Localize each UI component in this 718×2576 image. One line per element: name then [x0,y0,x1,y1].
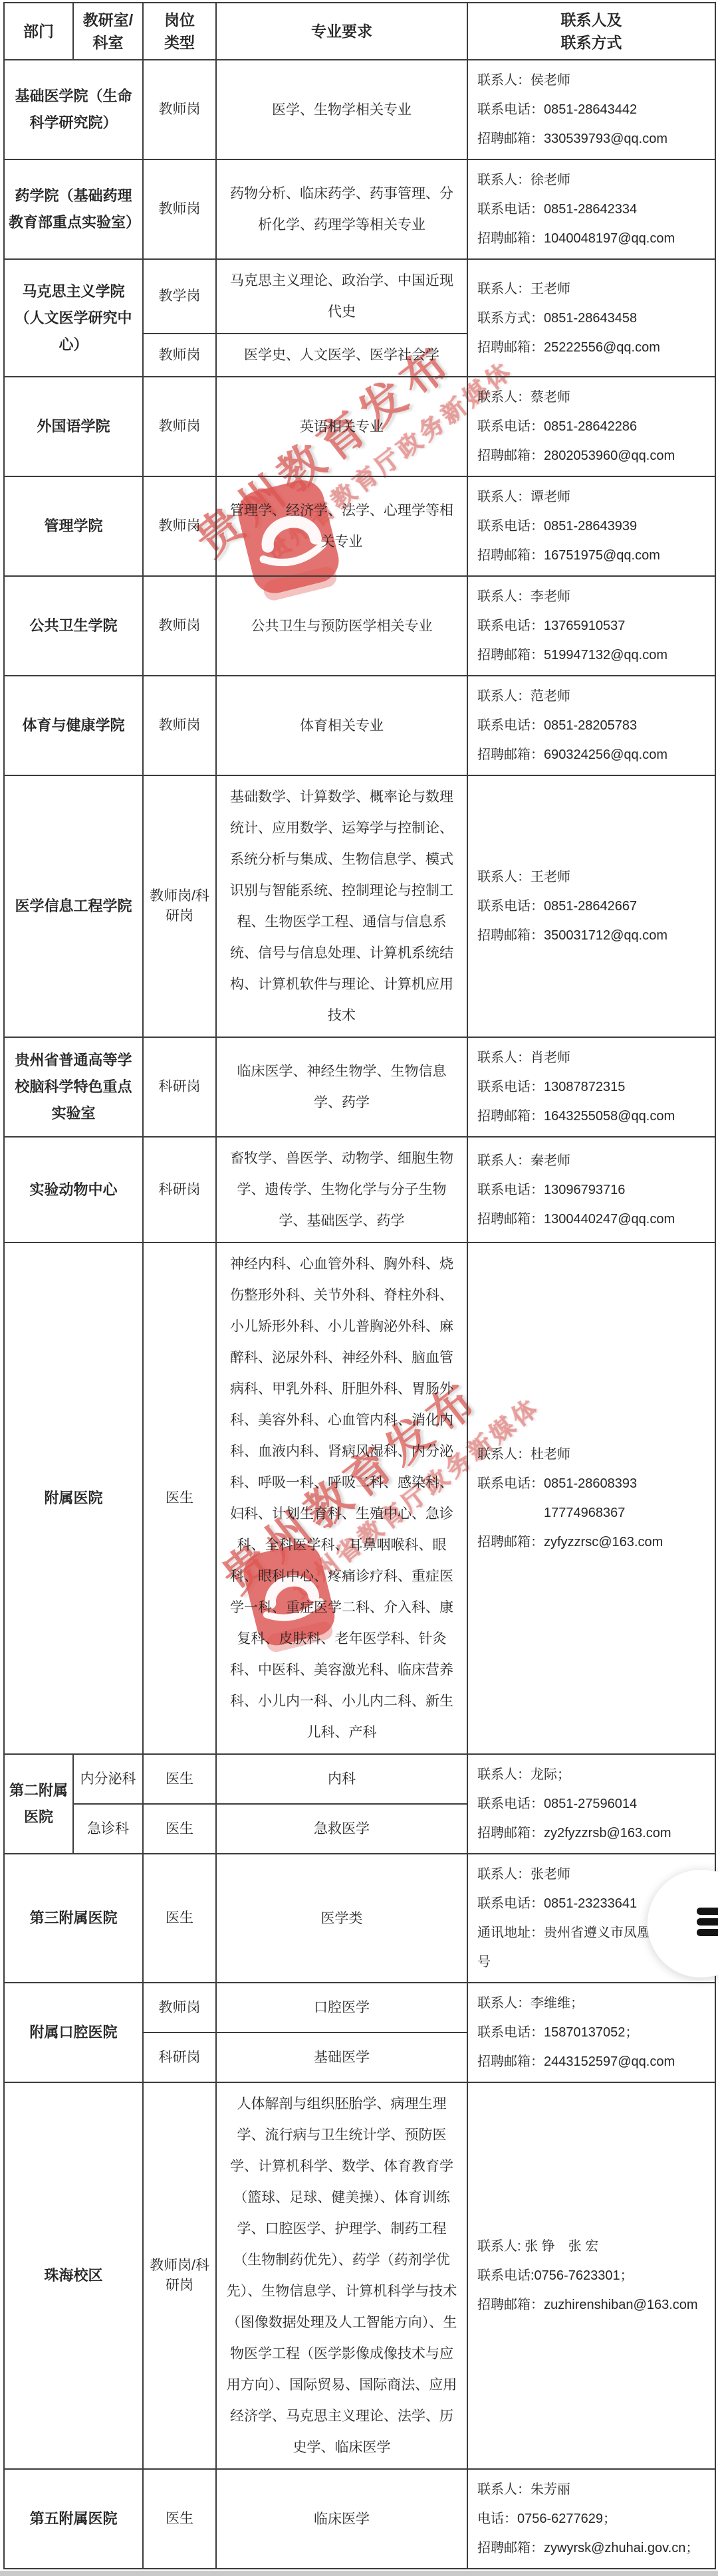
header-row: 部门 教研室/ 科室 岗位 类型 专业要求 联系人及 联系方式 [4,3,715,60]
header-requirements: 专业要求 [216,3,467,60]
table-row: 基础医学院（生命科学研究院）教师岗医学、生物学相关专业联系人：侯老师 联系电话：… [4,60,715,159]
recruitment-table-page: 贵州教育发布 贵州省教育厅政务新媒体 贵州教育发布 贵州省教育厅政务新媒体 部门 [0,0,718,2576]
dept-cell: 附属医院 [4,1242,143,1754]
req-cell: 人体解剖与组织胚胎学、病理生理学、流行病与卫生统计学、预防医学、计算机科学、数学… [216,2082,467,2469]
header-contact: 联系人及 联系方式 [467,3,715,60]
contact-cell: 联系人：范老师 联系电话：0851-28205783 招聘邮箱：69032425… [467,676,715,775]
contact-cell: 联系人：肖老师 联系电话：13087872315 招聘邮箱：1643255058… [467,1037,715,1137]
contact-cell: 联系人：王老师 联系方式：0851-28643458 招聘邮箱：25222556… [467,259,715,377]
table-row: 附属医院医生神经内科、心血管外科、胸外科、烧伤整形外科、关节外科、脊柱外科、小儿… [4,1242,715,1754]
post-cell: 教师岗 [143,1983,216,2032]
contact-cell: 联系人：谭老师 联系电话：0851-28643939 招聘邮箱：16751975… [467,476,715,576]
header-office: 教研室/ 科室 [73,3,143,60]
table-row: 马克思主义学院（人文医学研究中心）教学岗马克思主义理论、政治学、中国近现代史联系… [4,259,715,334]
dept-cell: 第二附属医院 [4,1754,73,1854]
header-post-type: 岗位 类型 [143,3,216,60]
table-row: 药学院（基础药理教育部重点实验室）教师岗药物分析、临床药学、药事管理、分析化学、… [4,159,715,259]
table-row: 珠海校区教师岗/科研岗人体解剖与组织胚胎学、病理生理学、流行病与卫生统计学、预防… [4,2082,715,2469]
office-cell: 内分泌科 [73,1754,143,1804]
dept-cell: 体育与健康学院 [4,676,143,775]
post-cell: 教师岗 [143,676,216,775]
post-cell: 教师岗 [143,377,216,476]
dept-cell: 珠海校区 [4,2082,143,2469]
post-cell: 教师岗 [143,159,216,259]
dept-cell: 第五附属医院 [4,2469,143,2569]
dept-cell: 药学院（基础药理教育部重点实验室） [4,159,143,259]
post-cell: 教师岗/科研岗 [143,775,216,1037]
req-cell: 基础医学 [216,2032,467,2082]
dept-cell: 基础医学院（生命科学研究院） [4,60,143,159]
post-cell: 教师岗/科研岗 [143,2082,216,2469]
table-row: 第三附属医院医生医学类联系人：张老师 联系电话：0851-23233641 通讯… [4,1854,715,1983]
table-row: 体育与健康学院教师岗体育相关专业联系人：范老师 联系电话：0851-282057… [4,676,715,775]
req-cell: 内科 [216,1754,467,1804]
req-cell: 公共卫生与预防医学相关专业 [216,576,467,676]
post-cell: 教师岗 [143,60,216,159]
table-row: 第五附属医院医生临床医学联系人：朱芳丽 电话：0756-6277629； 招聘邮… [4,2469,715,2569]
dept-cell: 实验动物中心 [4,1137,143,1242]
contact-cell: 联系人：王老师 联系电话：0851-28642667 招聘邮箱：35003171… [467,775,715,1037]
contact-cell: 联系人：徐老师 联系电话：0851-28642334 招聘邮箱：10400481… [467,159,715,259]
req-cell: 体育相关专业 [216,676,467,775]
post-cell: 科研岗 [143,2032,216,2082]
dept-cell: 第三附属医院 [4,1854,143,1983]
dept-cell: 管理学院 [4,476,143,576]
dept-cell: 马克思主义学院（人文医学研究中心） [4,259,143,377]
dept-cell: 医学信息工程学院 [4,775,143,1037]
post-cell: 医生 [143,1854,216,1983]
dept-cell: 外国语学院 [4,377,143,476]
req-cell: 基础数学、计算数学、概率论与数理统计、应用数学、运筹学与控制论、系统分析与集成、… [216,775,467,1037]
table-row: 外国语学院教师岗英语相关专业联系人：蔡老师 联系电话：0851-28642286… [4,377,715,476]
req-cell: 急救医学 [216,1804,467,1854]
req-cell: 临床医学 [216,2469,467,2569]
table-row: 第二附属医院内分泌科医生内科联系人：龙际； 联系电话：0851-27596014… [4,1754,715,1804]
post-cell: 科研岗 [143,1137,216,1242]
post-cell: 医生 [143,2469,216,2569]
req-cell: 临床医学、神经生物学、生物信息学、药学 [216,1037,467,1137]
dept-cell: 附属口腔医院 [4,1983,143,2082]
post-cell: 医生 [143,1754,216,1804]
req-cell: 神经内科、心血管外科、胸外科、烧伤整形外科、关节外科、脊柱外科、小儿矫形外科、小… [216,1242,467,1754]
recruitment-table: 部门 教研室/ 科室 岗位 类型 专业要求 联系人及 联系方式 基础医学院（生命… [3,2,716,2569]
post-cell: 教师岗 [143,334,216,377]
contact-cell: 联系人: 张 铮 张 宏 联系电话:0756-7623301； 招聘邮箱：zuz… [467,2082,715,2469]
req-cell: 医学、生物学相关专业 [216,60,467,159]
contact-cell: 联系人：杜老师 联系电话：0851-28608393 17774968367 招… [467,1242,715,1754]
table-row: 贵州省普通高等学校脑科学特色重点实验室科研岗临床医学、神经生物学、生物信息学、药… [4,1037,715,1137]
req-cell: 医学史、人文医学、医学社会学 [216,334,467,377]
post-cell: 教师岗 [143,476,216,576]
post-cell: 教学岗 [143,259,216,334]
post-cell: 医生 [143,1804,216,1854]
contact-cell: 联系人：李老师 联系电话：13765910537 招聘邮箱：519947132@… [467,576,715,676]
contact-cell: 联系人：朱芳丽 电话：0756-6277629； 招聘邮箱：zywyrsk@zh… [467,2469,715,2569]
req-cell: 马克思主义理论、政治学、中国近现代史 [216,259,467,334]
table-row: 管理学院教师岗管理学、经济学、法学、心理学等相关专业联系人：谭老师 联系电话：0… [4,476,715,576]
post-cell: 医生 [143,1242,216,1754]
contact-cell: 联系人：李维维； 联系电话：15870137052； 招聘邮箱：24431525… [467,1983,715,2082]
header-department: 部门 [4,3,73,60]
post-cell: 科研岗 [143,1037,216,1137]
req-cell: 药物分析、临床药学、药事管理、分析化学、药理学等相关专业 [216,159,467,259]
req-cell: 英语相关专业 [216,377,467,476]
contact-cell: 联系人：蔡老师 联系电话：0851-28642286 招聘邮箱：28020539… [467,377,715,476]
contact-cell: 联系人：秦老师 联系电话：13096793716 招聘邮箱：1300440247… [467,1137,715,1242]
req-cell: 口腔医学 [216,1983,467,2032]
table-row: 公共卫生学院教师岗公共卫生与预防医学相关专业联系人：李老师 联系电话：13765… [4,576,715,676]
contact-cell: 联系人：龙际； 联系电话：0851-27596014 招聘邮箱：zy2fyzzr… [467,1754,715,1854]
req-cell: 管理学、经济学、法学、心理学等相关专业 [216,476,467,576]
contact-cell: 联系人：侯老师 联系电话：0851-28643442 招聘邮箱：33053979… [467,60,715,159]
table-row: 附属口腔医院教师岗口腔医学联系人：李维维； 联系电话：15870137052； … [4,1983,715,2032]
req-cell: 医学类 [216,1854,467,1983]
post-cell: 教师岗 [143,576,216,676]
office-cell: 急诊科 [73,1804,143,1854]
table-row: 医学信息工程学院教师岗/科研岗基础数学、计算数学、概率论与数理统计、应用数学、运… [4,775,715,1037]
table-row: 实验动物中心科研岗畜牧学、兽医学、动物学、细胞生物学、遗传学、生物化学与分子生物… [4,1137,715,1242]
bottom-strip [0,2571,718,2576]
dept-cell: 公共卫生学院 [4,576,143,676]
dept-cell: 贵州省普通高等学校脑科学特色重点实验室 [4,1037,143,1137]
req-cell: 畜牧学、兽医学、动物学、细胞生物学、遗传学、生物化学与分子生物学、基础医学、药学 [216,1137,467,1242]
